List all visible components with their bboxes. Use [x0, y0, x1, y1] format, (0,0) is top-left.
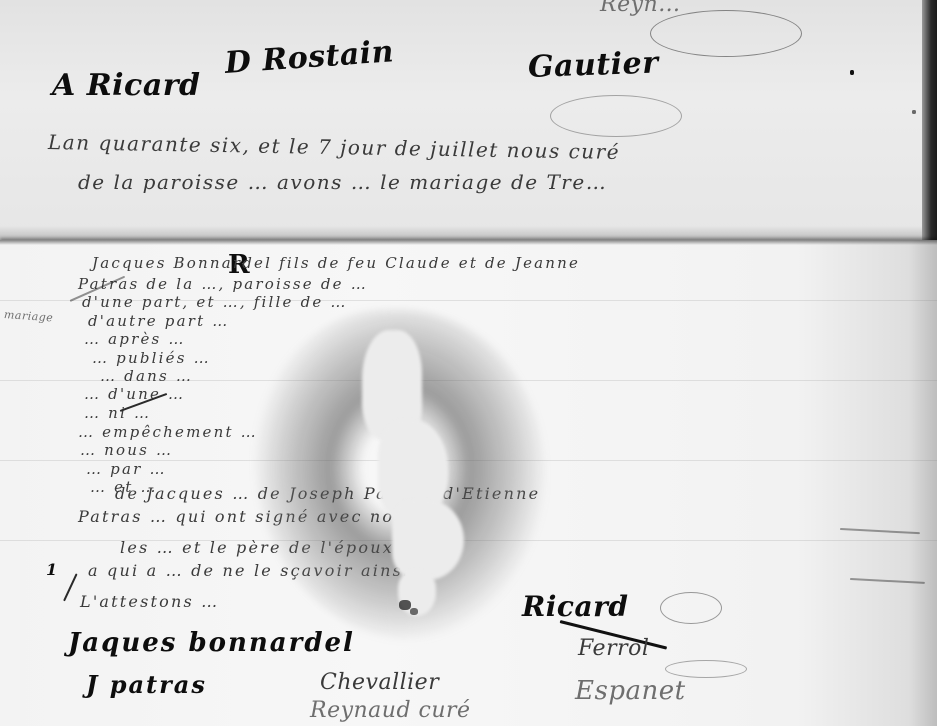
left-margin-number: 1 [46, 560, 58, 579]
signature-gautier: Gautier [527, 45, 659, 85]
body-line-10: … empêchement … [78, 423, 258, 441]
body-line-18: L'attestons … [80, 592, 219, 611]
upper-text-line: Lan quarante six, et le 7 jour de juille… [48, 130, 620, 164]
signature-ferrol: Ferrol [578, 636, 649, 661]
body-line-8: … d'une … [84, 385, 185, 403]
upper-text-line: de la paroisse … avons … le mariage de T… [78, 170, 607, 194]
body-line-11: … nous … [80, 441, 173, 459]
signature-espanet: Espanet [575, 676, 686, 706]
signature-d-rostain: D Rostain [224, 34, 395, 81]
top-fragment-text: Reyn… [600, 0, 681, 17]
signature-reynaud: Reynaud curé [310, 698, 471, 723]
body-line-7: … dans … [100, 367, 193, 385]
body-line-5: … après … [84, 330, 186, 348]
body-line-4: d'autre part … [88, 312, 229, 330]
body-line-9: … ni … [84, 404, 151, 422]
signature-chevallier: Chevallier [320, 670, 439, 695]
paper-damage-hole [392, 500, 464, 580]
body-line-3: d'une part, et …, fille de … [82, 293, 348, 311]
ink-blot [410, 608, 418, 615]
upper-page: Reyn… A Ricard D Rostain Gautier Lan qua… [0, 0, 922, 240]
margin-note: mariage [4, 308, 54, 324]
body-line-1: Jacques Bonnardel fils de feu Claude et … [92, 254, 580, 272]
scanned-document: Reyn… A Ricard D Rostain Gautier Lan qua… [0, 0, 937, 726]
ink-dot [912, 110, 916, 114]
ink-dot [850, 70, 854, 75]
signature-flourish [660, 592, 722, 624]
fold-shadow [0, 240, 937, 245]
signature-bonnardel: Jaques bonnardel [68, 628, 355, 658]
signature-patras: J patras [86, 670, 207, 699]
signature-ricard: Ricard [522, 590, 628, 623]
ink-blot [399, 600, 411, 610]
body-line-6: … publiés … [92, 349, 211, 367]
signature-flourish [650, 10, 802, 57]
signature-flourish [665, 660, 747, 678]
signature-a-ricard: A Ricard [52, 68, 201, 103]
page-edge-shadow [922, 0, 937, 245]
body-line-12: … par … [86, 460, 167, 478]
signature-flourish [550, 95, 682, 137]
